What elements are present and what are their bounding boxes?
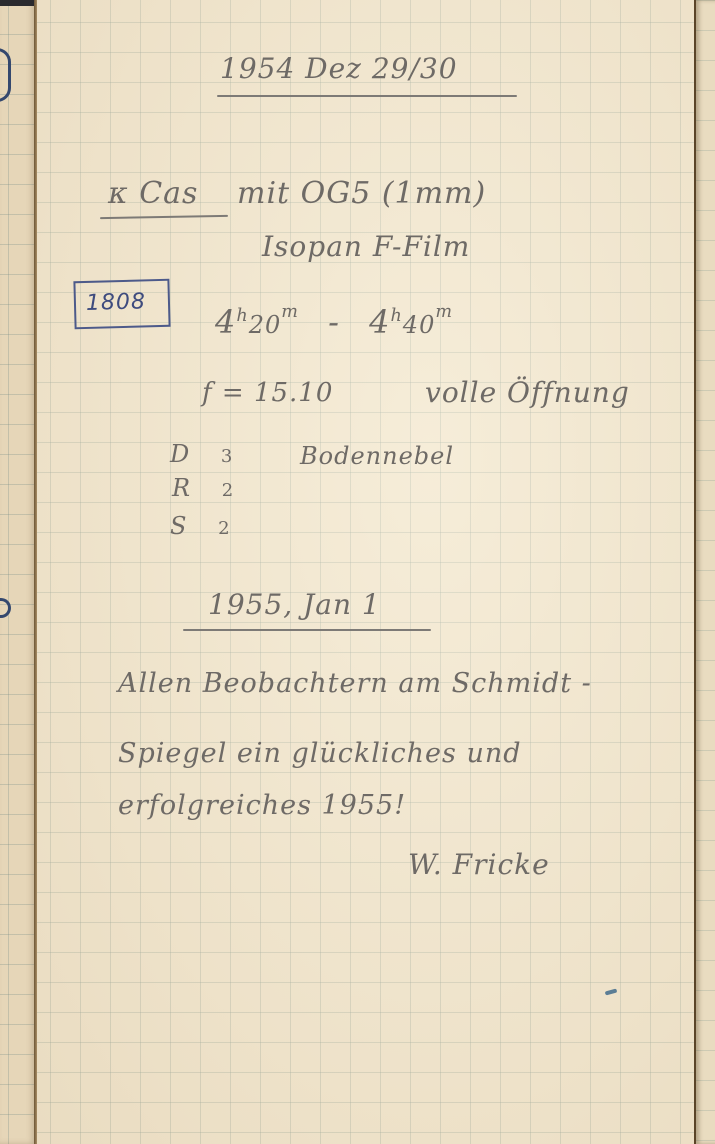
entry-date-header: 1954 Dez 29/30 [220, 52, 458, 85]
time-separator: - [328, 303, 340, 341]
end-minutes: 40 [403, 311, 436, 339]
next-page-edge [694, 0, 715, 1144]
greeting-line-3: erfolgreiches 1955! [118, 790, 406, 821]
rating-item: R 2 [172, 474, 234, 502]
greeting-line-1: Allen Beobachtern am Schmidt - [118, 668, 592, 699]
plate-number: 1808 [86, 289, 147, 316]
plate-number-box: 1808 [73, 279, 170, 329]
end-hours: 4 [369, 303, 390, 341]
object-star: κ Cas [108, 176, 198, 211]
rating-value: 2 [222, 480, 234, 501]
rating-value: 2 [218, 518, 230, 539]
hours-unit: h [390, 306, 402, 326]
cover-edge [0, 0, 36, 6]
signature: W. Fricke [408, 848, 550, 881]
rating-value: 3 [221, 446, 233, 467]
header-underline-2 [183, 629, 431, 631]
minutes-unit: m [281, 302, 299, 322]
rating-label: R [172, 474, 191, 502]
rating-item: D 3 [170, 440, 233, 468]
start-hours: 4 [215, 303, 236, 341]
previous-page-edge [0, 0, 36, 1144]
start-minutes: 20 [249, 311, 282, 339]
rating-item: S 2 [170, 512, 231, 540]
minutes-unit: m [435, 302, 453, 322]
focal-setting: f = 15.10 [202, 378, 333, 408]
header-underline [217, 95, 517, 97]
object-line: κ Cas mit OG5 (1mm) [108, 176, 486, 211]
object-filter: mit OG5 (1mm) [237, 176, 486, 211]
exposure-time: 4h20m - 4h40m [215, 302, 453, 341]
entry-date-header-2: 1955, Jan 1 [208, 588, 381, 621]
aperture-note: volle Öffnung [425, 376, 630, 409]
rating-label: D [170, 440, 190, 468]
previous-page-ink-mark [0, 598, 11, 618]
rating-label: S [170, 512, 187, 540]
hours-unit: h [236, 306, 248, 326]
film-type: Isopan F-Film [262, 230, 470, 263]
greeting-line-2: Spiegel ein glückliches und [118, 738, 522, 769]
notebook-page [37, 0, 694, 1144]
previous-page-ink-mark [0, 48, 11, 102]
weather-note: Bodennebel [300, 442, 454, 470]
